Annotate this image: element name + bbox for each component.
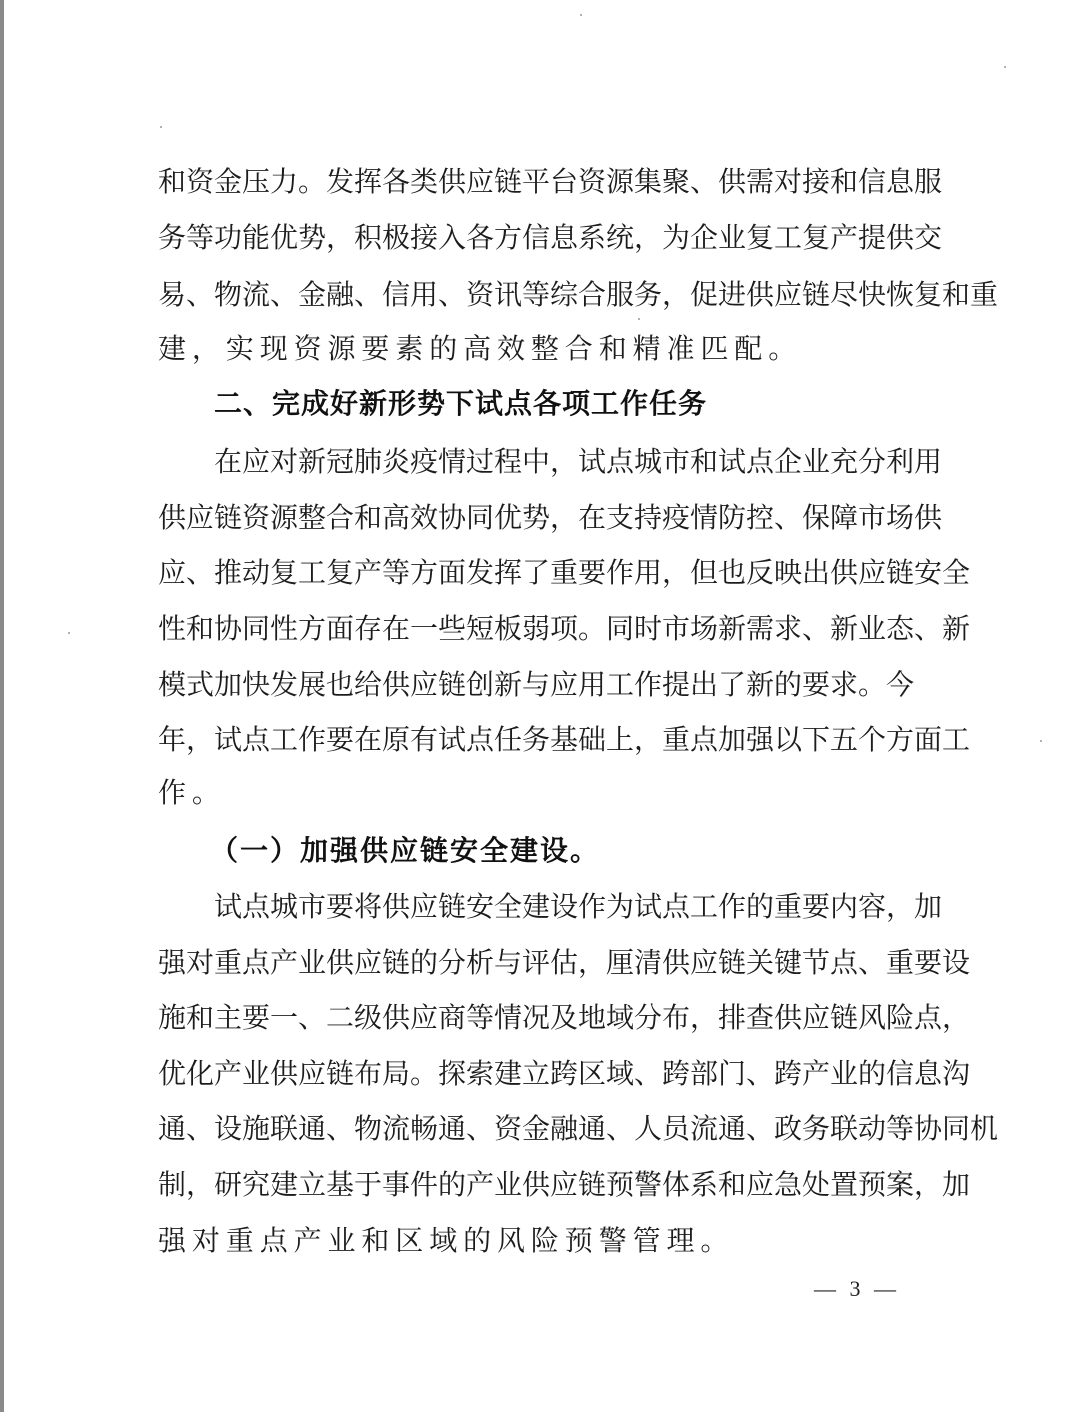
scan-speck [68,632,70,634]
subsection-heading: （一）加强供应链安全建设。 [210,831,600,871]
text-line: 建，实现资源要素的高效整合和精准匹配。 [158,329,912,369]
text-line: 强对重点产业供应链的分析与评估，厘清供应链关键节点、重要设 [158,943,912,983]
text-line: 性和协同性方面存在一些短板弱项。同时市场新需求、新业态、新 [158,609,912,649]
text-line: 年，试点工作要在原有试点任务基础上，重点加强以下五个方面工 [158,720,912,760]
text-line: 易、物流、金融、信用、资讯等综合服务，促进供应链尽快恢复和重 [158,275,912,315]
text-line: 优化产业供应链布局。探索建立跨区域、跨部门、跨产业的信息沟 [158,1054,912,1094]
text-line: 试点城市要将供应链安全建设作为试点工作的重要内容，加 [214,887,912,927]
text-line: 模式加快发展也给供应链创新与应用工作提出了新的要求。今 [158,665,912,705]
scan-speck [580,14,582,16]
scan-speck [1004,66,1006,68]
scan-speck [638,318,640,320]
text-line: 在应对新冠肺炎疫情过程中，试点城市和试点企业充分利用 [214,442,912,482]
text-line: 务等功能优势，积极接入各方信息系统，为企业复工复产提供交 [158,218,912,258]
text-line: 施和主要一、二级供应商等情况及地域分布，排查供应链风险点， [158,998,912,1038]
page-number: — 3 — [814,1274,896,1304]
text-line: 作。 [158,773,912,813]
text-line: 强对重点产业和区域的风险预警管理。 [158,1221,912,1261]
text-line: 制，研究建立基于事件的产业供应链预警体系和应急处置预案，加 [158,1165,912,1205]
document-page: 和资金压力。发挥各类供应链平台资源集聚、供需对接和信息服 务等功能优势，积极接入… [4,0,1072,1412]
scan-speck [1040,740,1042,742]
text-line: 和资金压力。发挥各类供应链平台资源集聚、供需对接和信息服 [158,162,912,202]
text-line: 通、设施联通、物流畅通、资金融通、人员流通、政务联动等协同机 [158,1109,912,1149]
text-line: 供应链资源整合和高效协同优势，在支持疫情防控、保障市场供 [158,498,912,538]
section-heading: 二、完成好新形势下试点各项工作任务 [214,384,707,424]
text-line: 应、推动复工复产等方面发挥了重要作用，但也反映出供应链安全 [158,553,912,593]
scan-speck [160,126,162,128]
